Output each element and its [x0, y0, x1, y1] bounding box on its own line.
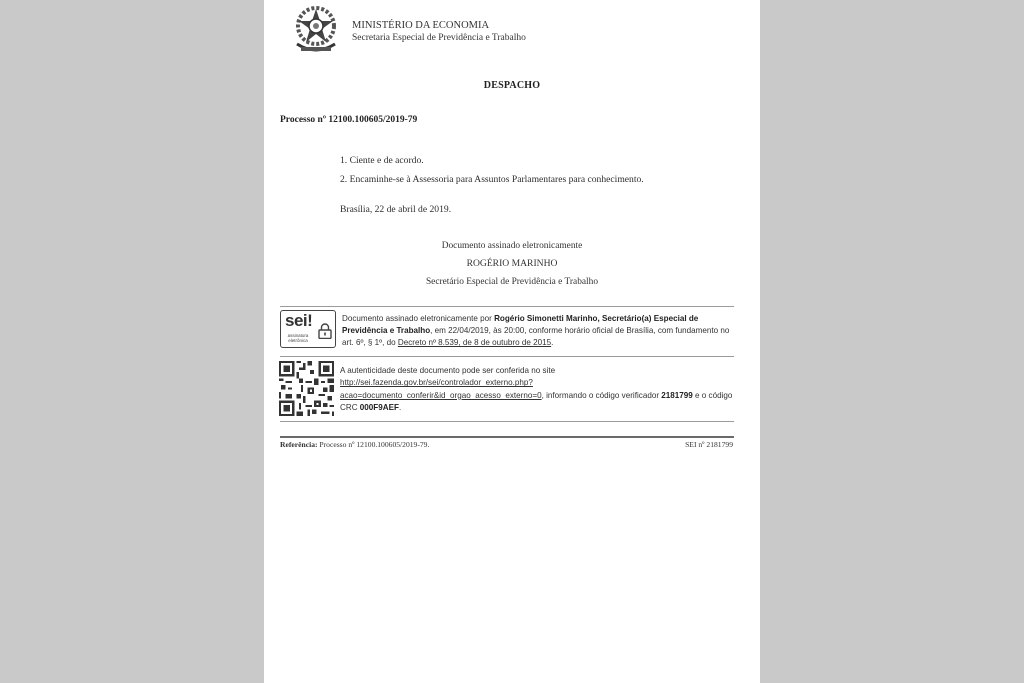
secretariat-name: Secretaria Especial de Previdência e Tra…	[352, 32, 526, 44]
document-page: MINISTÉRIO DA ECONOMIA Secretaria Especi…	[264, 0, 760, 683]
signature-prefix: Documento assinado eletronicamente por	[342, 314, 494, 323]
ministry-name: MINISTÉRIO DA ECONOMIA	[352, 20, 526, 32]
signer-name: ROGÉRIO MARINHO	[264, 255, 760, 273]
footer-divider	[280, 436, 734, 438]
signer-role: Secretário Especial de Previdência e Tra…	[264, 273, 760, 291]
sei-logo-text: sei!	[285, 311, 312, 331]
sei-number: SEI nº 2181799	[685, 440, 733, 449]
electronic-signature-text: Documento assinado eletronicamente por R…	[342, 313, 737, 349]
authenticity-intro: A autenticidade deste documento pode ser…	[340, 366, 555, 375]
crc-code: 000F9AEF	[360, 403, 399, 412]
dispatch-item: 2. Encaminhe-se à Assessoria para Assunt…	[340, 170, 644, 189]
brazil-coat-of-arms-icon	[291, 4, 341, 56]
footer-reference: Referência: Processo nº 12100.100605/201…	[280, 440, 429, 449]
signature-suffix: .	[551, 338, 553, 347]
dispatch-items: 1. Ciente e de acordo. 2. Encaminhe-se à…	[340, 151, 644, 189]
decree-link[interactable]: Decreto nº 8.539, de 8 de outubro de 201…	[398, 338, 551, 347]
authenticity-suffix: .	[399, 403, 401, 412]
ministry-header: MINISTÉRIO DA ECONOMIA Secretaria Especi…	[352, 20, 526, 44]
sei-logo: sei! assinatura eletrônica	[280, 310, 336, 348]
padlock-icon	[318, 323, 332, 339]
authenticity-middle: , informando o código verificador	[542, 391, 662, 400]
verification-link[interactable]: http://sei.fazenda.gov.br/sei/controlado…	[340, 378, 533, 387]
reference-value: Processo nº 12100.100605/2019-79.	[318, 440, 430, 449]
qr-code-icon	[279, 361, 334, 416]
signature-note: Documento assinado eletronicamente	[264, 237, 760, 255]
document-title: DESPACHO	[264, 80, 760, 91]
dispatch-item: 1. Ciente e de acordo.	[340, 151, 644, 170]
signature-block: Documento assinado eletronicamente ROGÉR…	[264, 237, 760, 291]
divider	[280, 421, 734, 422]
authenticity-text: A autenticidade deste documento pode ser…	[340, 365, 740, 415]
verifier-code: 2181799	[661, 391, 693, 400]
place-date: Brasília, 22 de abril de 2019.	[340, 204, 451, 215]
verification-link-params[interactable]: acao=documento_conferir&id_orgao_acesso_…	[340, 391, 542, 400]
process-number: Processo nº 12100.100605/2019-79	[280, 115, 417, 125]
sei-logo-subtext: assinatura eletrônica	[284, 333, 312, 343]
divider	[280, 356, 734, 357]
divider	[280, 306, 734, 307]
reference-label: Referência:	[280, 440, 318, 449]
